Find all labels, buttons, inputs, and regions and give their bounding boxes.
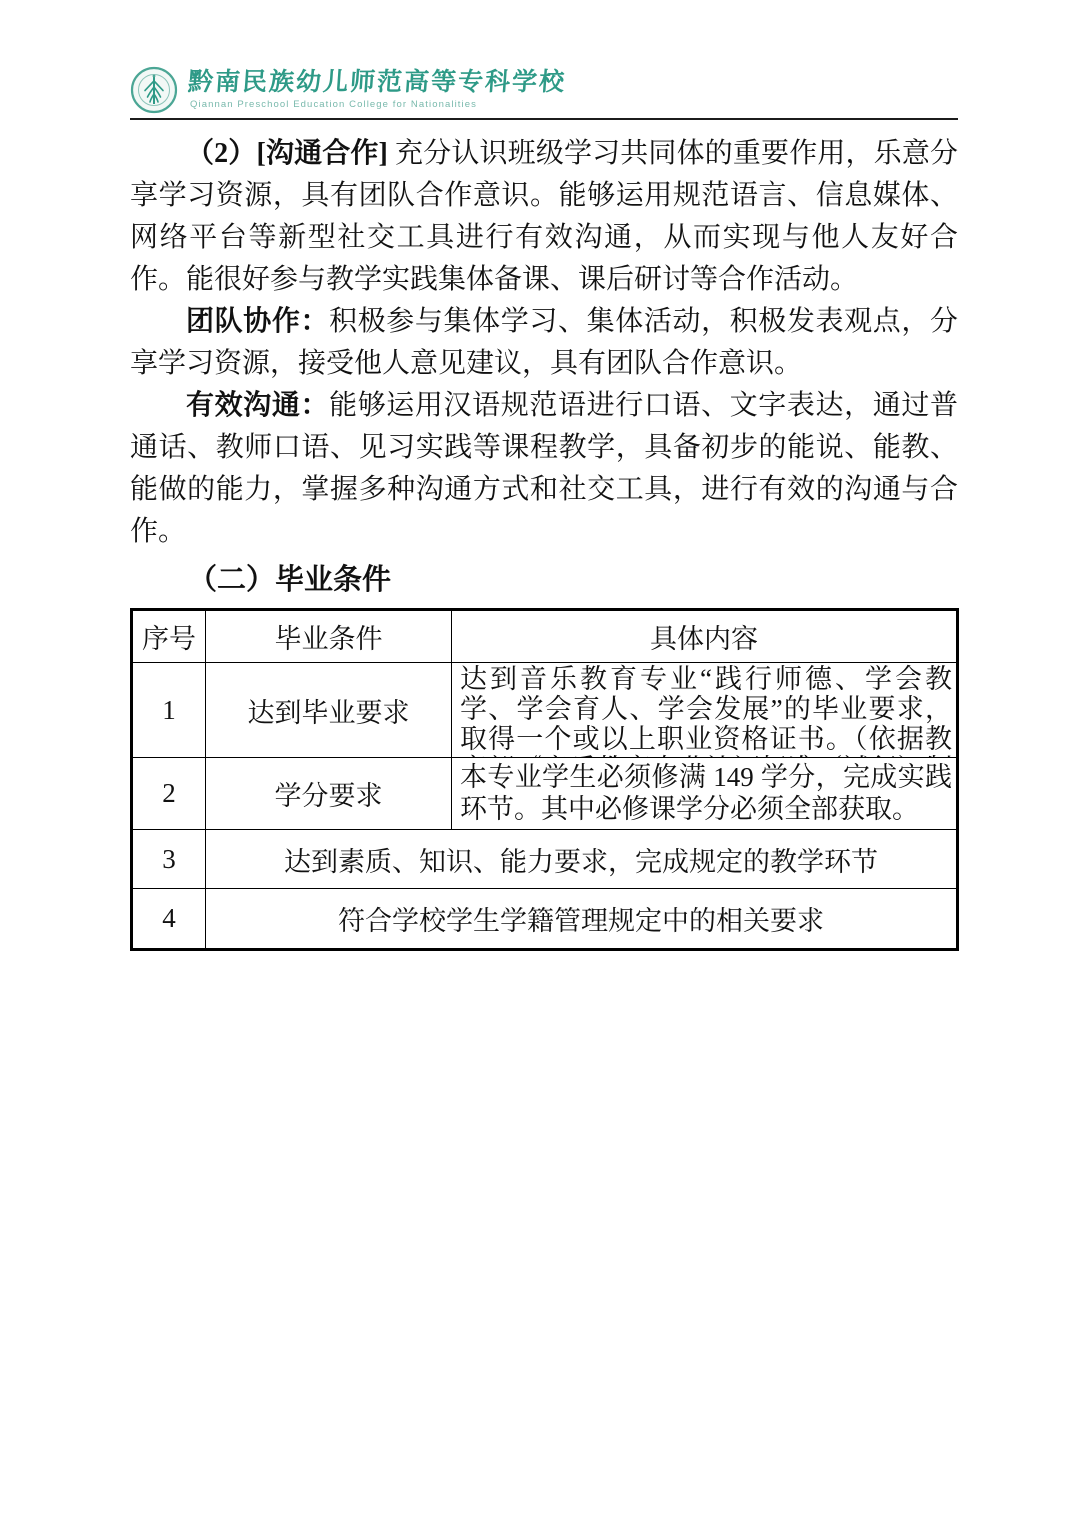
section-heading-graduation-conditions: （二）毕业条件 [130,559,958,601]
table-row: 2 学分要求 本专业学生必须修满 149 学分，完成实践环节。其中必修课学分必须… [132,758,958,830]
paragraph-teamwork: 团队协作：积极参与集体学习、集体活动，积极发表观点，分享学习资源，接受他人意见建… [130,301,958,385]
page-header: 黔南民族幼儿师范高等专科学校 Qiannan Preschool Educati… [130,66,958,114]
cell-content-merged: 符合学校学生学籍管理规定中的相关要求 [206,889,958,950]
document-body: （2）[沟通合作] 充分认识班级学习共同体的重要作用，乐意分享学习资源，具有团队… [130,133,958,951]
school-name-zh: 黔南民族幼儿师范高等专科学校 [187,69,567,96]
cell-content: 本专业学生必须修满 149 学分，完成实践环节。其中必修课学分必须全部获取。 [452,758,958,830]
graduation-conditions-table: 序号 毕业条件 具体内容 1 达到毕业要求 达到音乐教育专业“践行师德、学会教学… [130,608,959,951]
cell-condition: 学分要求 [206,758,452,830]
cell-content-text: 本专业学生必须修满 149 学分，完成实践环节。其中必修课学分必须全部获取。 [452,758,956,829]
cell-no: 4 [132,889,206,950]
paragraph-lead: （2）[沟通合作] [186,138,388,169]
cell-content-merged: 达到素质、知识、能力要求，完成规定的教学环节 [206,830,958,889]
document-page: 黔南民族幼儿师范高等专科学校 Qiannan Preschool Educati… [0,0,1074,1520]
table-row: 3 达到素质、知识、能力要求，完成规定的教学环节 [132,830,958,889]
school-seal-icon [130,66,178,114]
cell-content: 达到音乐教育专业“践行师德、学会教学、学会育人、学会发展”的毕业要求，取得一个或… [452,663,958,758]
school-name-block: 黔南民族幼儿师范高等专科学校 Qiannan Preschool Educati… [188,66,566,112]
cell-no: 2 [132,758,206,830]
cell-no: 1 [132,663,206,758]
cell-condition: 达到毕业要求 [206,663,452,758]
cell-no: 3 [132,830,206,889]
paragraph-effective-communication: 有效沟通：能够运用汉语规范语进行口语、文字表达，通过普通话、教师口语、见习实践等… [130,385,958,553]
table-row: 1 达到毕业要求 达到音乐教育专业“践行师德、学会教学、学会育人、学会发展”的毕… [132,663,958,758]
column-header-content: 具体内容 [452,610,958,663]
header-divider [130,118,958,120]
paragraph-communication-cooperation: （2）[沟通合作] 充分认识班级学习共同体的重要作用，乐意分享学习资源，具有团队… [130,133,958,301]
column-header-no: 序号 [132,610,206,663]
paragraph-lead: 团队协作： [186,306,329,337]
school-name-en: Qiannan Preschool Education College for … [190,98,566,112]
paragraph-lead: 有效沟通： [186,390,329,421]
cell-content-text: 达到音乐教育专业“践行师德、学会教学、学会育人、学会发展”的毕业要求，取得一个或… [452,663,956,757]
table-header-row: 序号 毕业条件 具体内容 [132,610,958,663]
table-row: 4 符合学校学生学籍管理规定中的相关要求 [132,889,958,950]
column-header-condition: 毕业条件 [206,610,452,663]
